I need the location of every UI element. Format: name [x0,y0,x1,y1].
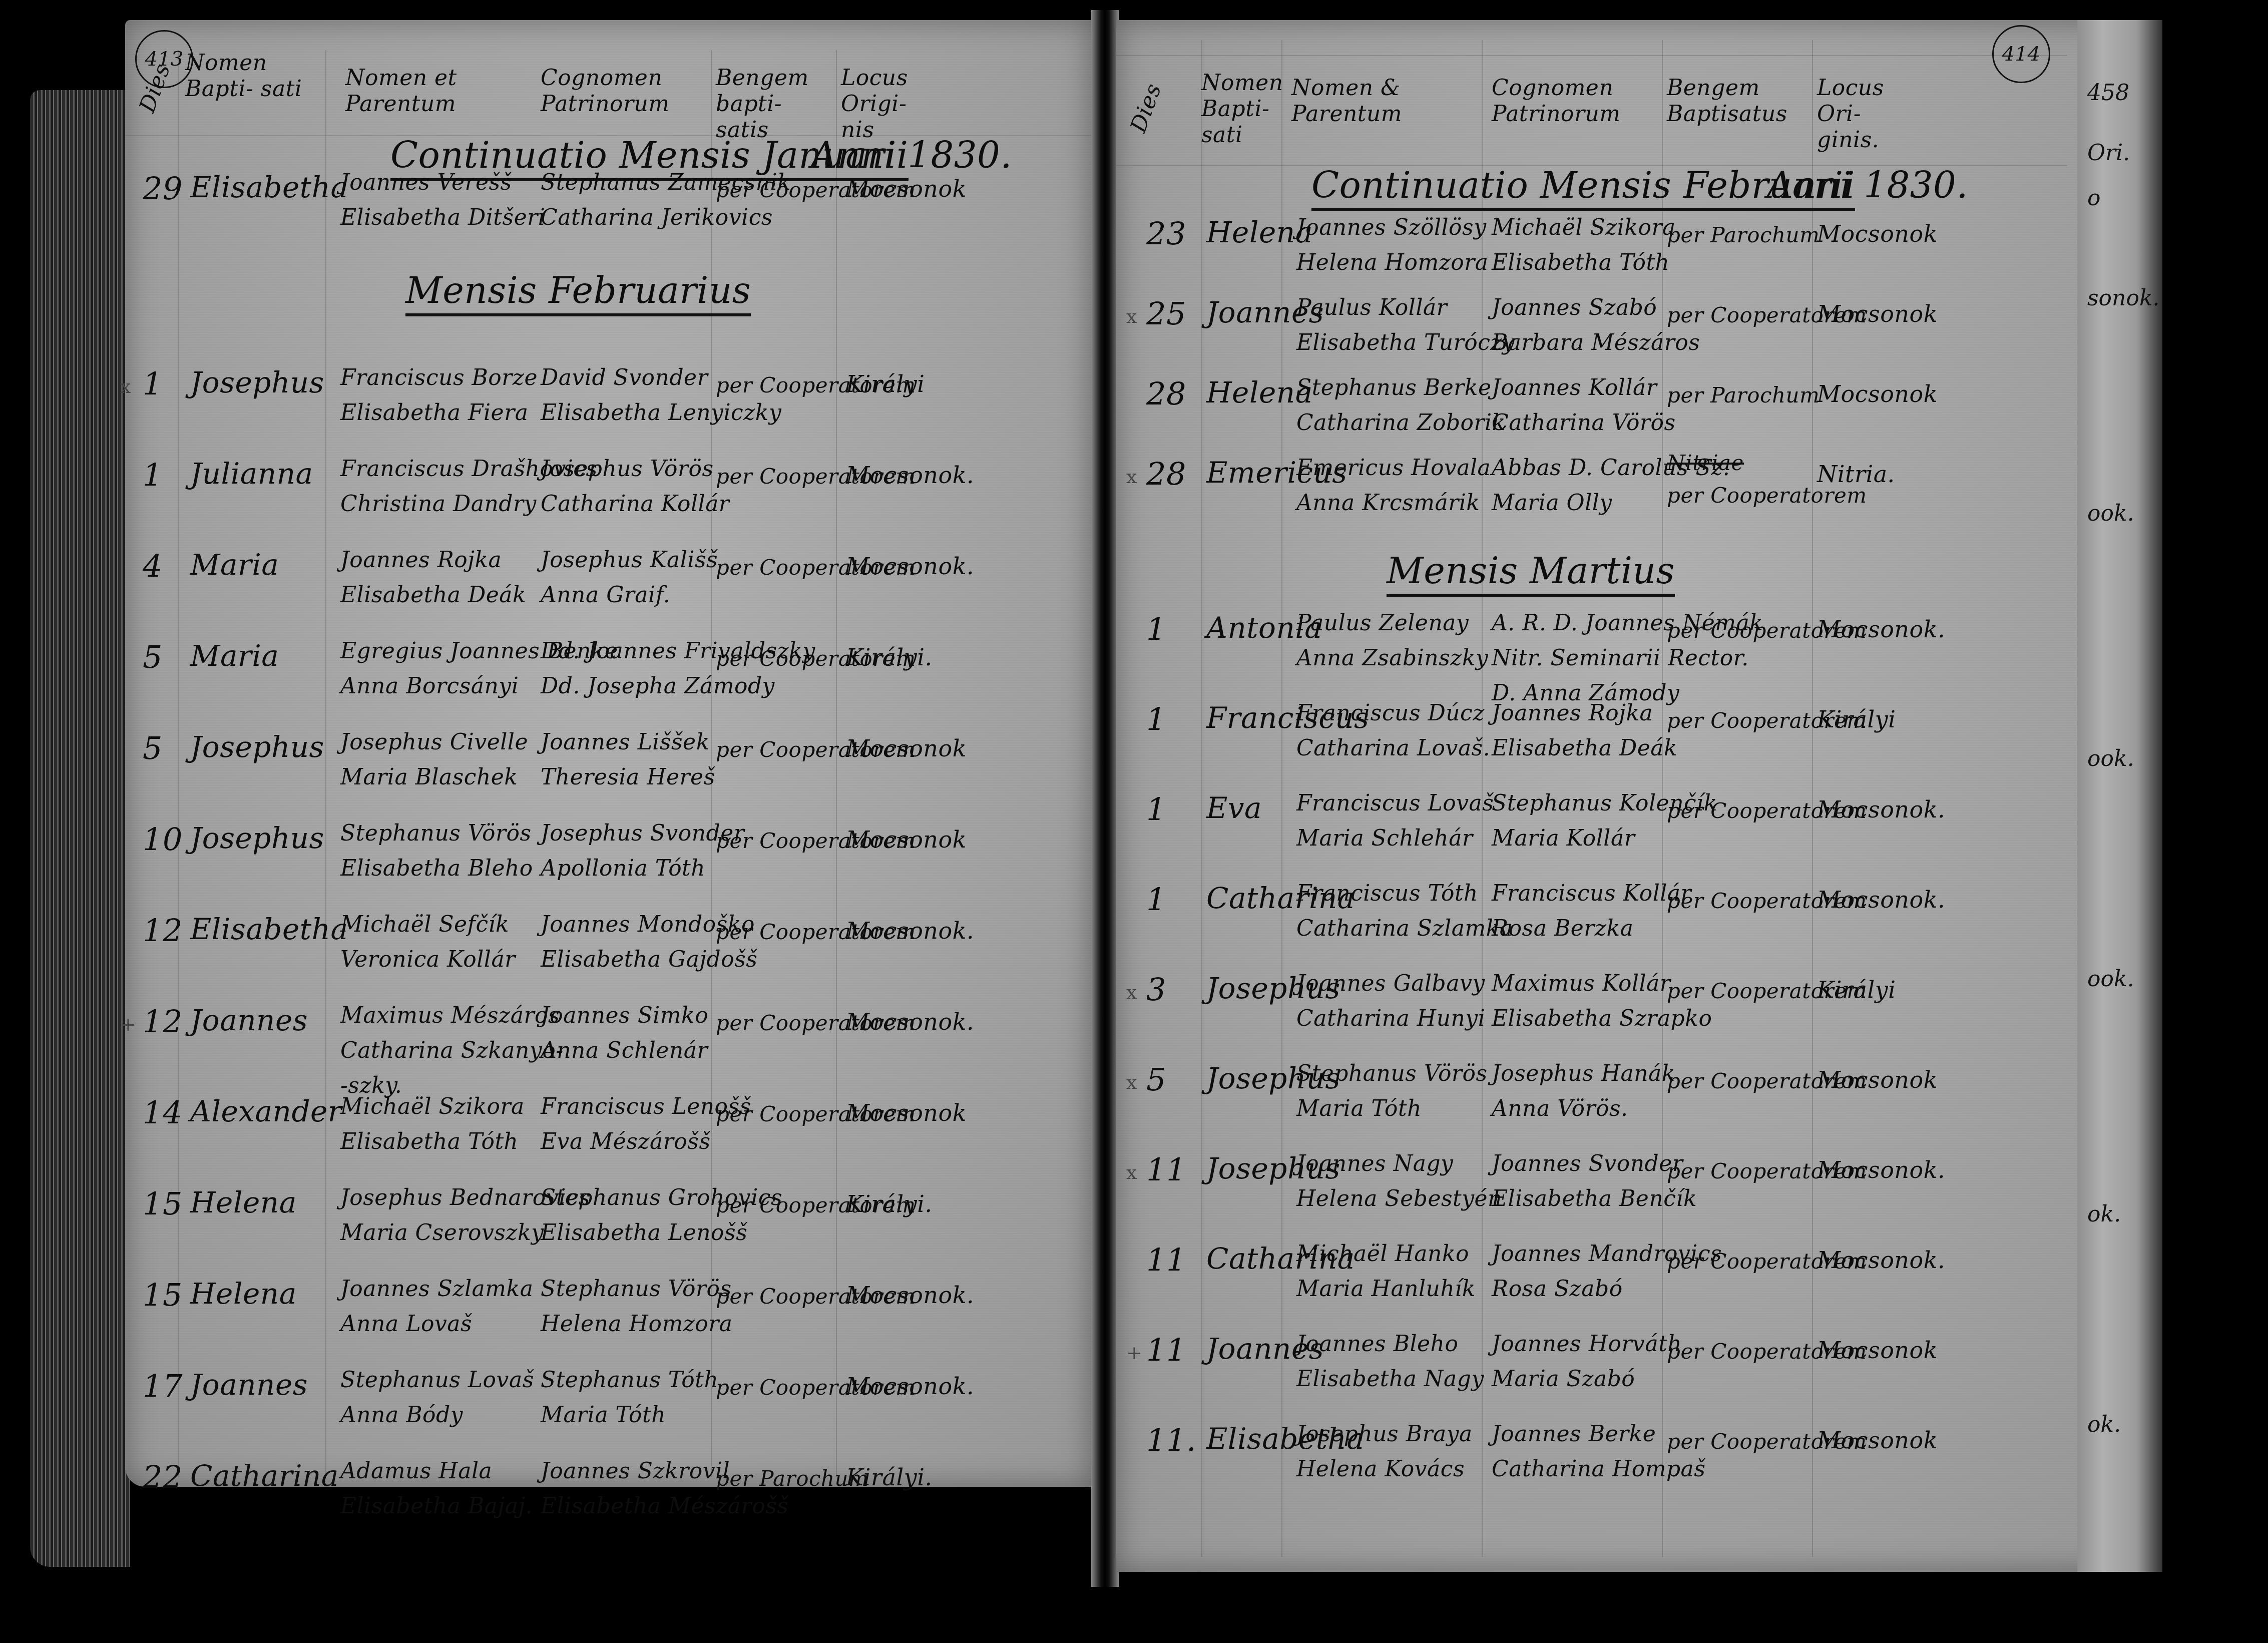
margin-fragment: Ori. [2087,140,2130,166]
header-baptizans: Bengem Baptisatus [1667,75,1797,127]
entry-parents: Paulus Kollár Elisabetha Turóczy [1296,290,1515,360]
entry-day: 28 [1146,456,1186,492]
entry-godparents: Joannes Simko Anna Schlenár [541,998,708,1068]
entry-baptized-name: Alexander [190,1094,342,1128]
entry-parents: Stephanus Berke Catharina Zoborik [1296,370,1506,441]
entry-baptized-name: Joannes [190,1003,308,1037]
entry-locus: Mocsonok. [846,1008,974,1035]
entry-locus: Királyi [1817,976,1896,1003]
entry-godparents: Josephus Svonder Apollonia Tóth [541,816,744,886]
entry-parents: Franciscus Dúcz Catharina Lovaš. [1296,696,1490,766]
header-nomen-parentum: Nomen et Parentum [345,65,536,117]
entry-locus: Mocsonok. [1817,796,1945,823]
entry-day: 15 [143,1185,183,1222]
column-rule [1281,40,1282,1557]
margin-mark: x [1126,1161,1137,1183]
entry-godparents: Joannes Liššek Theresia Hereš [541,725,715,795]
section-mensis-martius: Mensis Martius [1387,551,1675,597]
margin-fragment: sonok. [2087,285,2160,311]
entry-parents: Emericus Hovala Anna Krcsmárik [1296,451,1491,521]
margin-fragment: 458 [2087,80,2129,106]
entry-locus: Mocsonok. [846,553,974,580]
entry-day: 22 [143,1459,183,1495]
entry-locus: Mocsonok [846,175,967,202]
entry-day: 29 [143,170,183,207]
entry-parents: Adamus Hala Elisabetha Bajaj. [340,1454,533,1524]
entry-baptized-name: Joannes [190,1368,308,1402]
entry-day: 17 [143,1368,183,1404]
section-year: Anni 1830. [811,135,1012,175]
entry-day: 1 [143,365,163,402]
entry-locus: Mocsonok [1817,1427,1938,1454]
section-year: Anni 1830. [1767,165,1968,205]
header-cognomen-patrinorum: Cognomen Patrinorum [1492,75,1652,127]
entry-godparents: Franciscus Kollár Rosa Berzka [1492,876,1691,946]
entry-locus: Mocsonok [1817,380,1938,407]
entry-locus: Mocsonok. [1817,1156,1945,1183]
entry-godparents: Joannes Horváth Maria Szabó [1492,1327,1682,1397]
entry-locus: Királyi. [846,644,933,671]
entry-parents: Maximus Mészáros Catharina Szkanyo- -szk… [340,998,564,1103]
row-rule [1116,55,2067,56]
entry-baptized-name: Josephus [190,730,324,764]
entry-parents: Michaël Sefčík Veronica Kollár [340,907,516,977]
entry-locus: Mocsonok. [846,1373,974,1400]
entry-locus: Mocsonok [1817,1066,1938,1093]
header-nomen-baptisati: Nomen Bapti- sati [1201,70,1301,148]
column-rule [1201,40,1202,1557]
entry-day: 25 [1146,295,1186,332]
entry-locus: Mocsonok [1817,220,1938,247]
entry-baptizans: per Parochum [1667,223,1820,247]
entry-parents: Stephanus Vörös Elisabetha Bleho [340,816,533,886]
entry-godparents: Joannes Rojka Elisabetha Deák [1492,696,1677,766]
entry-godparents: Stephanus Vörös Helena Homzora [541,1272,733,1342]
entry-day: 4 [143,548,163,584]
entry-parents: Joannes Szlamka Anna Lovaš [340,1272,533,1342]
section-mensis-februarius: Mensis Februarius [405,270,751,316]
header-cognomen-patrinorum: Cognomen Patrinorum [541,65,691,117]
column-rule [325,50,326,1477]
entry-godparents: Joannes Svonder Elisabetha Benčík [1492,1146,1697,1216]
margin-fragment: o [2087,185,2101,211]
entry-day: 15 [143,1277,183,1313]
entry-baptized-name: Elisabetha [190,170,348,204]
entry-godparents: Michaël Szikora Elisabetha Tóth [1492,210,1676,280]
entry-day: 1 [1146,791,1166,828]
entry-locus: Királyi [846,370,925,397]
entry-day: 11 [1146,1242,1186,1278]
entry-locus: Királyi [1817,706,1896,733]
entry-parents: Joannes Galbavy Catharina Hunyi [1296,966,1485,1036]
header-baptizans: Bengem bapti- satis [716,65,836,143]
entry-locus: Királyi. [846,1464,933,1491]
entry-day: 3 [1146,971,1166,1008]
margin-mark: x [120,375,131,397]
entry-day: 28 [1146,375,1186,412]
margin-mark: x [1126,981,1137,1003]
entry-parents: Joannes Szöllösy Helena Homzora [1296,210,1489,280]
entry-day: 1 [1146,701,1166,737]
margin-mark: x [1126,305,1137,327]
entry-baptized-name: Josephus [190,821,324,855]
entry-parents: Paulus Zelenay Anna Zsabinszky [1296,606,1488,676]
entry-locus: Mocsonok. [1817,616,1945,643]
entry-baptized-name: Eva [1206,791,1262,825]
entry-godparents: Josephus Kališš Anna Graif. [541,543,718,613]
entry-parents: Michaël Szikora Elisabetha Tóth [340,1089,525,1159]
entry-parents: Joannes Bleho Elisabetha Nagy [1296,1327,1484,1397]
entry-baptized-name: Catharina [190,1459,339,1493]
page-number: 414 [1992,25,2050,83]
entry-locus: Mocsonok [846,826,967,853]
header-dies: Dies [1125,80,1167,136]
entry-parents: Stephanus Lovaš Anna Bódy [340,1363,534,1433]
entry-locus: Mocsonok. [846,462,974,489]
adjacent-page-margin: 458Ori.osonok.ook.ook.ook.ok.ok. [2077,20,2162,1572]
entry-day: 14 [143,1094,183,1131]
entry-day: 1 [143,457,163,493]
entry-day: 1 [1146,611,1166,647]
entry-day: 11 [1146,1332,1186,1368]
column-rule [836,50,837,1477]
entry-day: 1 [1146,881,1166,918]
entry-day: 5 [1146,1061,1166,1098]
margin-mark: x [1126,1071,1137,1093]
entry-parents: Joannes Nagy Helena Sebestyén [1296,1146,1502,1216]
entry-day: 11 [1146,1151,1186,1188]
entry-locus: Nitria. [1817,461,1895,488]
entry-parents: Franciscus Lovaš Maria Schlehár [1296,786,1494,856]
entry-locus: Mocsonok. [1817,1247,1945,1274]
margin-fragment: ook. [2087,501,2134,526]
book-gutter [1091,10,1119,1587]
entry-day: 12 [143,912,183,949]
column-rule [178,50,179,1477]
entry-locus: Mocsonok. [846,1282,974,1309]
entry-baptized-name: Elisabetha [190,912,348,946]
entry-godparents: Stephanus Tóth Maria Tóth [541,1363,718,1433]
entry-parents: Franciscus Borze Elisabetha Fiera [340,360,538,431]
margin-mark: + [120,1013,136,1035]
entry-day: 23 [1146,215,1186,252]
entry-day: 10 [143,821,183,858]
entry-parents: Josephus Civelle Maria Blaschek [340,725,528,795]
entry-locus: Mocsonok [846,1099,967,1126]
entry-baptized-name: Maria [190,639,279,673]
entry-locus: Mocsonok [846,735,967,762]
entry-parents: Stephanus Vörös Maria Tóth [1296,1056,1488,1126]
entry-day: 5 [143,730,163,766]
entry-parents: Joannes Rojka Elisabetha Deák [340,543,526,613]
entry-locus: Mocsonok. [1817,886,1945,913]
margin-fragment: ook. [2087,746,2134,771]
entry-baptizans: per Parochum [1667,383,1820,407]
entry-godparents: Josephus Hanák Anna Vörös. [1492,1056,1675,1126]
header-nomen-parentum: Nomen & Parentum [1291,75,1482,127]
left-page: 413 Dies Nomen Bapti- sati Nomen et Pare… [125,20,1091,1487]
entry-godparents: Josephus Vörös Catharina Kollár [541,452,729,522]
margin-fragment: ok. [2087,1201,2121,1227]
entry-baptized-name: Helena [190,1185,297,1219]
margin-mark: x [1126,466,1137,488]
entry-locus: Mocsonok [1817,1337,1938,1364]
entry-day: 5 [143,639,163,675]
header-nomen-baptisati: Nomen Bapti- sati [185,50,315,102]
entry-day: 11. [1146,1422,1196,1458]
header-locus-originis: Locus Ori- ginis. [1817,75,1917,153]
header-locus-originis: Locus Origi- nis [841,65,941,143]
entry-baptizans-struck: Nitriae [1667,451,1744,475]
entry-baptized-name: Julianna [190,457,313,491]
entry-parents: Josephus Braya Helena Kovács [1296,1417,1473,1487]
entry-baptized-name: Josephus [190,365,324,399]
right-page: 414 Dies Nomen Bapti- sati Nomen & Paren… [1116,20,2132,1572]
entry-locus: Mocsonok [1817,300,1938,327]
entry-locus: Királyi. [846,1190,933,1217]
entry-baptized-name: Helena [190,1277,297,1311]
entry-baptized-name: Maria [190,548,279,582]
entry-godparents: Joannes Kollár Catharina Vörös [1492,370,1676,441]
entry-locus: Mocsonok. [846,917,974,944]
entry-parents: Joannes Verešš Elisabetha Ditšeri [340,165,545,235]
margin-mark: + [1126,1342,1142,1364]
margin-fragment: ok. [2087,1412,2121,1437]
entry-day: 12 [143,1003,183,1040]
page-stack-edge [30,90,130,1567]
entry-parents: Michaël Hanko Maria Hanluhík [1296,1237,1476,1307]
margin-fragment: ook. [2087,966,2134,992]
entry-parents: Franciscus Tóth Catharina Szlamka [1296,876,1513,946]
